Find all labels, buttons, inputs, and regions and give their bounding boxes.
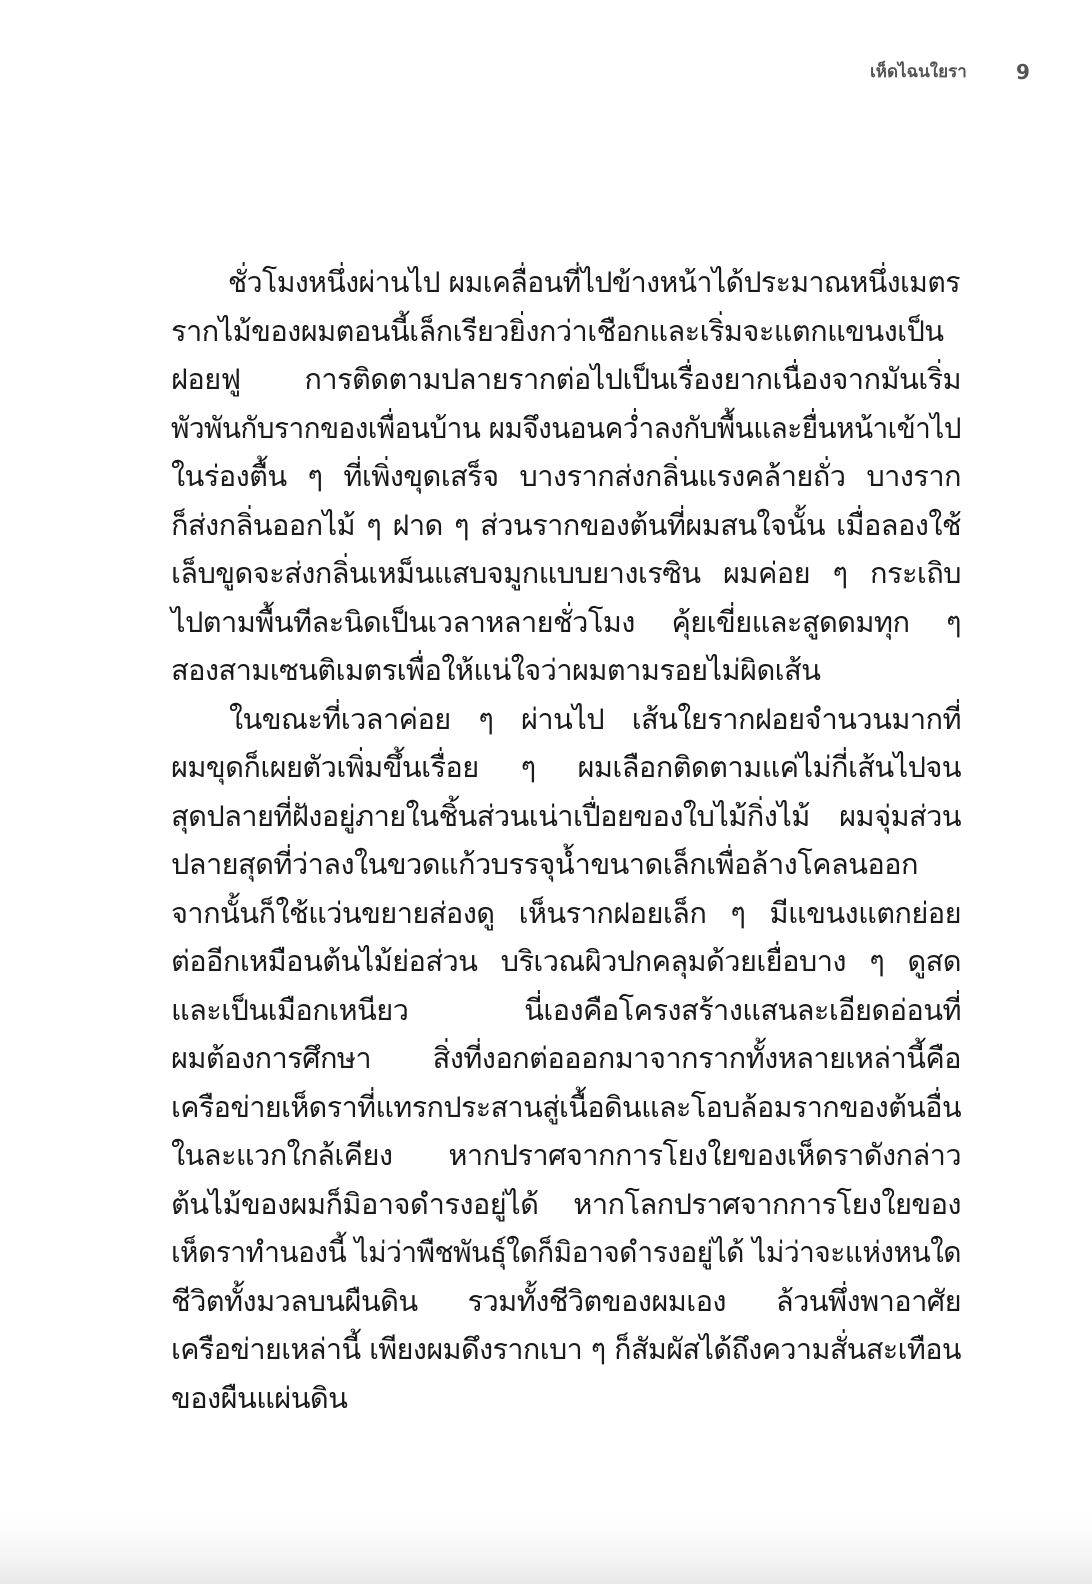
text-line: รากไม้ของผมตอนนี้เล็กเรียวยิ่งกว่าเชือกแ… — [171, 307, 961, 356]
text-line: และเป็นเมือกเหนียว นี่เองคือโครงสร้างแสน… — [171, 986, 961, 1035]
text-line: ผมขุดก็เผยตัวเพิ่มขึ้นเรื่อย ๆ ผมเลือกติ… — [171, 743, 961, 792]
text-line: ไปตามพื้นทีละนิดเป็นเวลาหลายชั่วโมง คุ้ย… — [171, 598, 961, 647]
text-line: ในร่องตื้น ๆ ที่เพิ่งขุดเสร็จ บางรากส่งก… — [171, 452, 961, 501]
text-line: ชั่วโมงหนึ่งผ่านไป ผมเคลื่อนที่ไปข้างหน้… — [171, 258, 946, 307]
text-line: จากนั้นก็ใช้แว่นขยายส่องดู เห็นรากฝอยเล็… — [171, 889, 961, 938]
text-line: ต่ออีกเหมือนต้นไม้ย่อส่วน บริเวณผิวปกคลุ… — [171, 937, 961, 986]
text-line: ของผืนแผ่นดิน — [171, 1374, 961, 1423]
text-line: ต้นไม้ของผมก็มิอาจดำรงอยู่ได้ หากโลกปราศ… — [171, 1180, 961, 1229]
body-text: ชั่วโมงหนึ่งผ่านไป ผมเคลื่อนที่ไปข้างหน้… — [171, 258, 961, 1422]
text-line: สองสามเซนติเมตรเพื่อให้แน่ใจว่าผมตามรอยไ… — [171, 646, 961, 695]
paragraph-1: ชั่วโมงหนึ่งผ่านไป ผมเคลื่อนที่ไปข้างหน้… — [171, 258, 961, 695]
page-number: 9 — [1016, 58, 1030, 86]
text-line: ในละแวกใกล้เคียง หากปราศจากการโยงใยของเห… — [171, 1131, 961, 1180]
text-line: ชีวิตทั้งมวลบนผืนดิน รวมทั้งชีวิตของผมเอ… — [171, 1277, 961, 1326]
text-line: เห็ดราทำนองนี้ ไม่ว่าพืชพันธุ์ใดก็มิอาจด… — [171, 1228, 938, 1277]
paragraph-2: ในขณะที่เวลาค่อย ๆ ผ่านไป เส้นใยรากฝอยจำ… — [171, 695, 961, 1423]
text-line: เครือข่ายเห็ดราที่แทรกประสานสู่เนื้อดินแ… — [171, 1083, 953, 1132]
page-header: เห็ดไฉนใยรา 9 — [0, 58, 1092, 88]
text-line: สุดปลายที่ฝังอยู่ภายในชิ้นส่วนเน่าเปื่อย… — [171, 792, 961, 841]
text-line: ฝอยฟู การติดตามปลายรากต่อไปเป็นเรื่องยาก… — [171, 355, 961, 404]
text-line: ผมต้องการศึกษา สิ่งที่งอกต่อออกมาจากรากท… — [171, 1034, 961, 1083]
text-line: ปลายสุดที่ว่าลงในขวดแก้วบรรจุน้ำขนาดเล็ก… — [171, 840, 961, 889]
text-line: ในขณะที่เวลาค่อย ๆ ผ่านไป เส้นใยรากฝอยจำ… — [171, 695, 961, 744]
text-line: เครือข่ายเหล่านี้ เพียงผมดึงรากเบา ๆ ก็ส… — [171, 1325, 954, 1374]
text-line: เล็บขูดจะส่งกลิ่นเหม็นแสบจมูกแบบยางเรซิน… — [171, 549, 961, 598]
running-title: เห็ดไฉนใยรา — [870, 58, 967, 86]
text-line: ก็ส่งกลิ่นออกไม้ ๆ ฝาด ๆ ส่วนรากของต้นที… — [171, 501, 961, 550]
text-line: พัวพันกับรากของเพื่อนบ้าน ผมจึงนอนคว่ำลง… — [171, 404, 933, 453]
